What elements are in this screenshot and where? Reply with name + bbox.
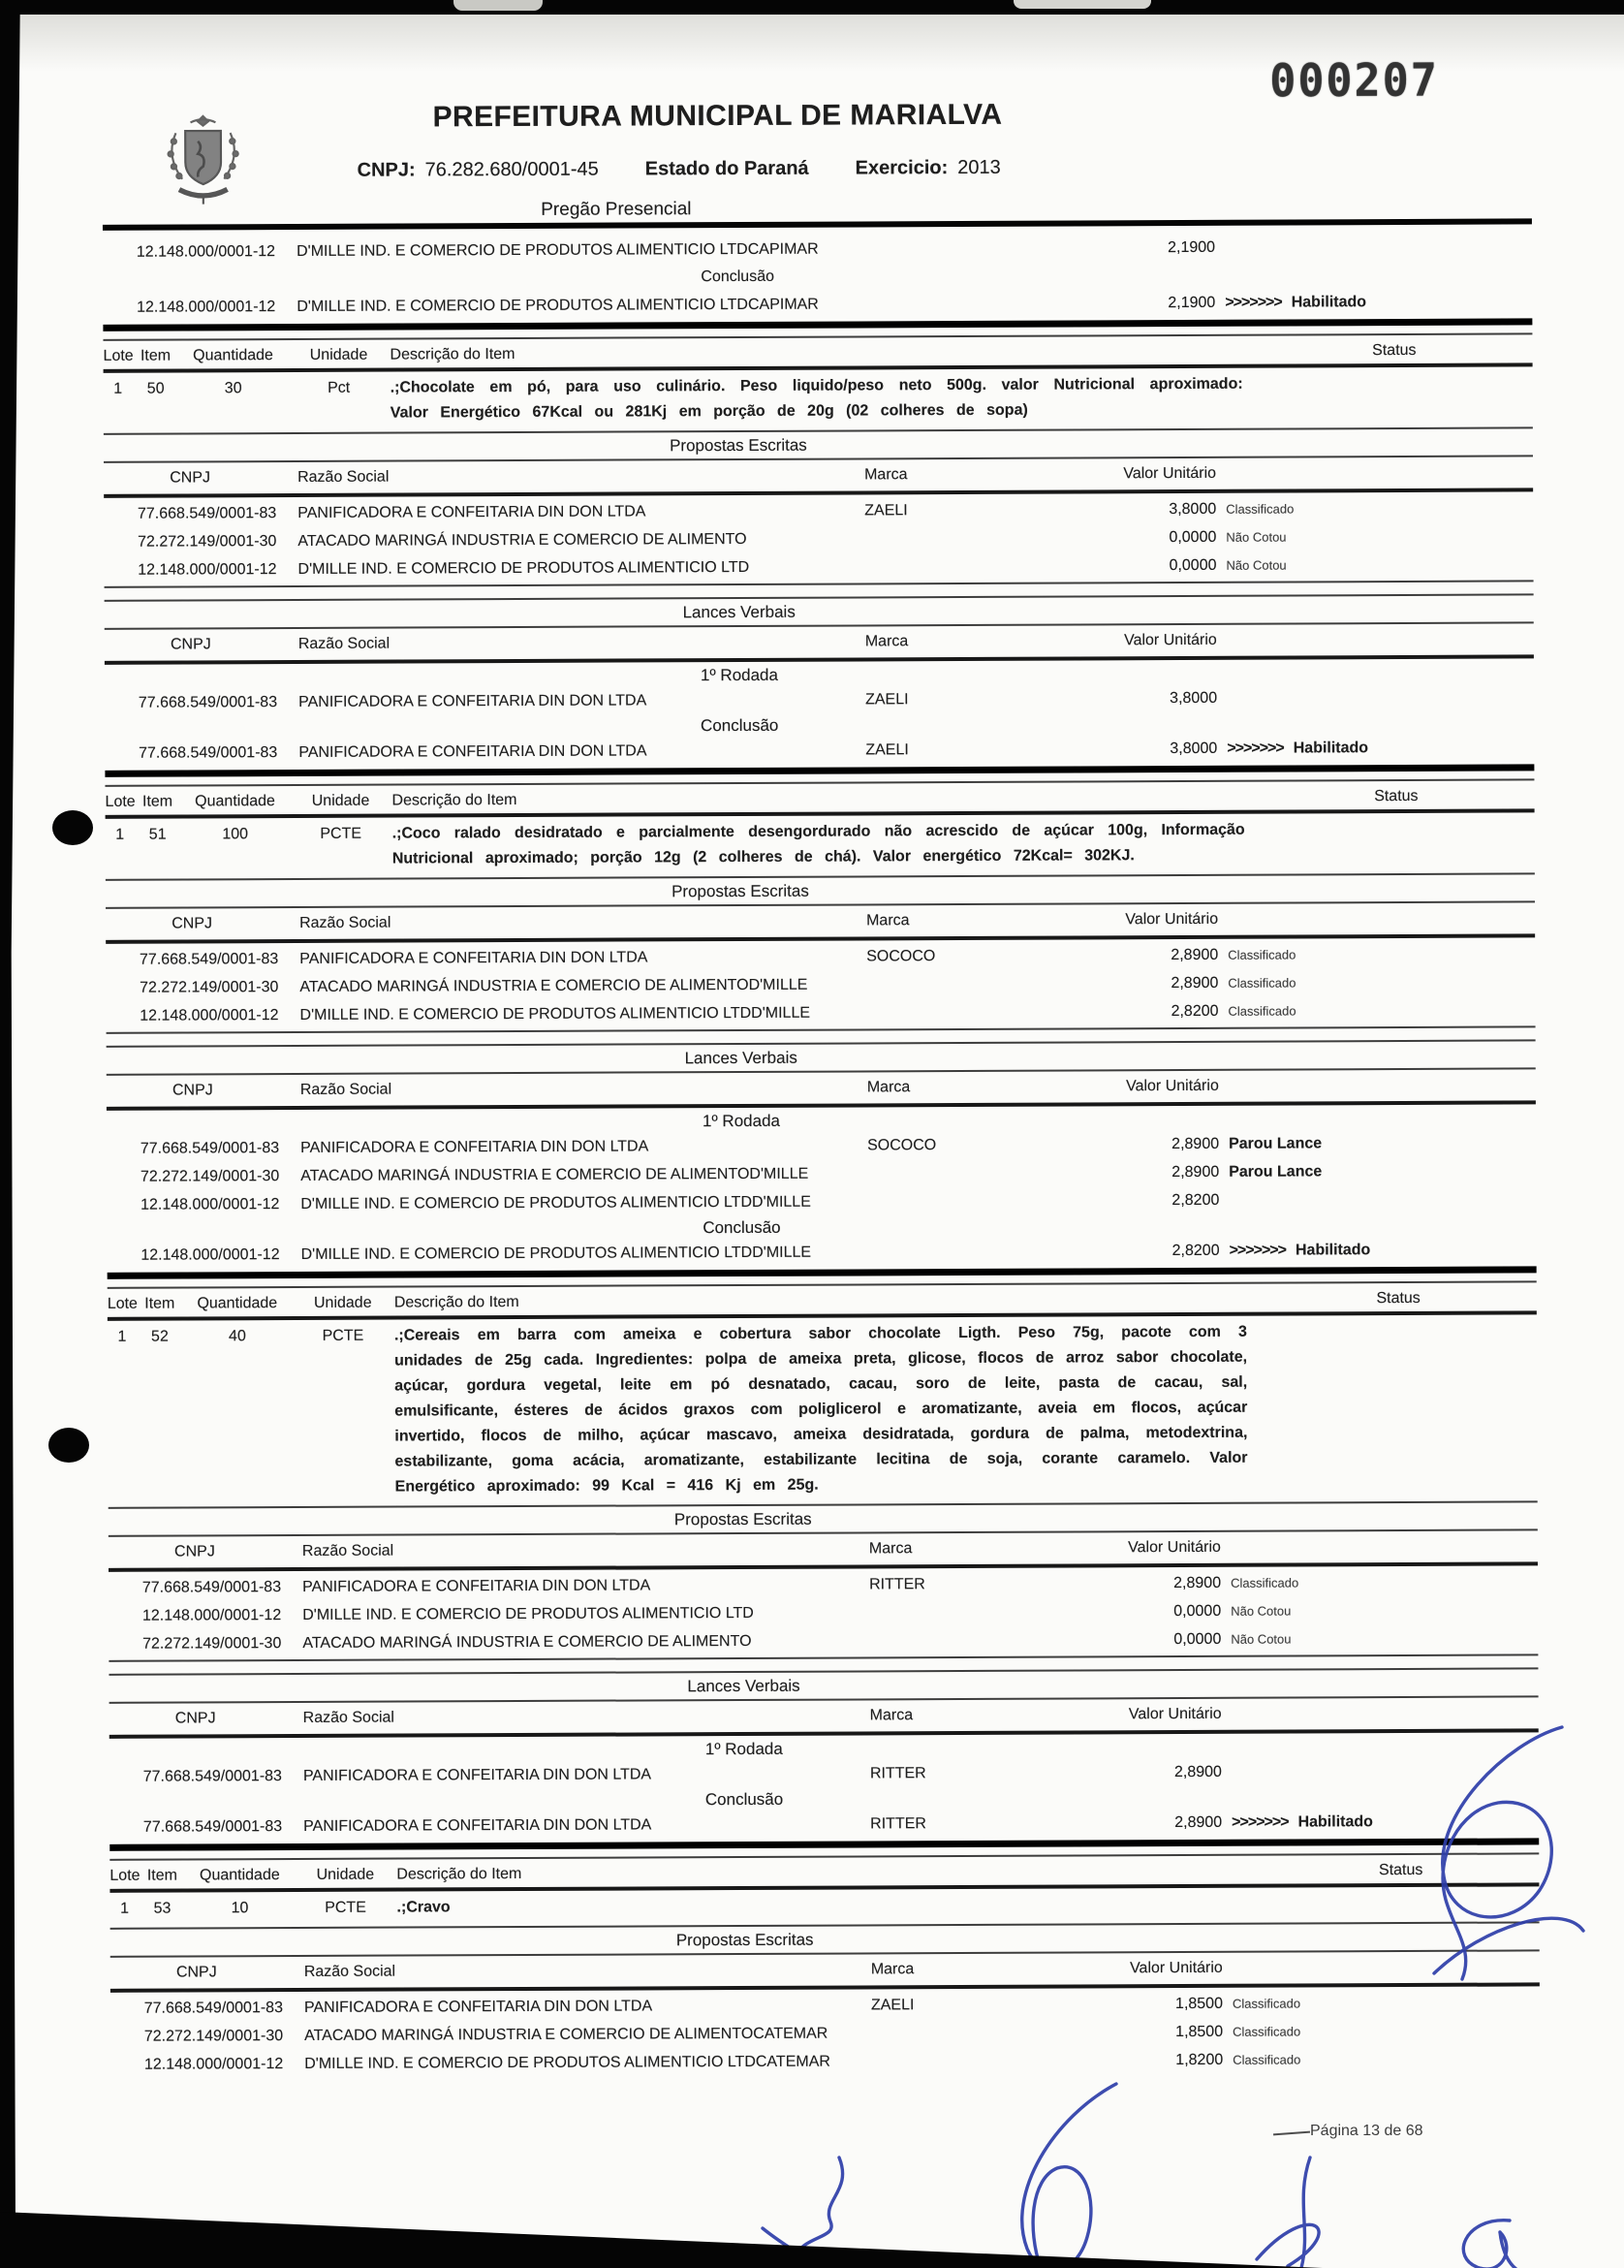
col-valor: Valor Unitário	[971, 1534, 1221, 1562]
bid-table-header: CNPJRazão SocialMarcaValor Unitário	[104, 458, 1533, 491]
marca-cell	[843, 1178, 969, 1179]
col-item: Item	[139, 1863, 185, 1889]
status-small: Não Cotou	[1231, 1604, 1291, 1619]
marca-cell: ZAELI	[841, 736, 967, 765]
marca-cell	[843, 1206, 969, 1207]
lote-cell: 1	[104, 377, 133, 402]
valor-cell: 2,1900	[965, 234, 1215, 263]
cnpj-cell: 77.668.549/0001-83	[109, 1812, 282, 1842]
col-item: Item	[132, 343, 178, 369]
cnpj-cell: 12.148.000/0001-12	[109, 1601, 281, 1630]
exercicio-label: Exercicio:	[856, 157, 949, 178]
page-title: PREFEITURA MUNICIPAL DE MARIALVA	[102, 97, 1332, 136]
status-cell: >>>>>>>Habilitado	[1222, 1807, 1539, 1836]
unidade-cell: PCTE	[292, 1324, 394, 1349]
status-arrows: >>>>>>>	[1225, 295, 1281, 311]
razao-social-cell: ATACADO MARINGÁ INDUSTRIA E COMERCIO DE …	[281, 1627, 845, 1658]
marca-cell: SOCOCO	[842, 942, 968, 971]
lances-block: Lances Verbais CNPJRazão SocialMarcaValo…	[109, 1667, 1539, 1841]
cnpj-cell: 77.668.549/0001-83	[107, 1134, 279, 1163]
razao-social-cell: ATACADO MARINGÁ INDUSTRIA E COMERCIO DE …	[279, 1160, 843, 1191]
cnpj-cell: 12.148.000/0001-12	[108, 1241, 280, 1270]
valor-cell: 2,8900	[969, 1130, 1219, 1159]
razao-social-cell: D'MILLE IND. E COMERCIO DE PRODUTOS ALIM…	[279, 1188, 843, 1219]
document-subtitle: Pregão Presencial	[103, 197, 1130, 223]
col-quantidade: Quantidade	[183, 1290, 292, 1316]
status-cell	[1215, 250, 1532, 251]
cnpj-cell: 77.668.549/0001-83	[110, 1994, 283, 2023]
cnpj-cell: 72.272.149/0001-30	[109, 1629, 281, 1658]
estado-label: Estado do Paraná	[645, 158, 809, 180]
lot-item-section: LoteItemQuantidadeUnidadeDescrição do It…	[103, 325, 1534, 776]
status-cell: Não Cotou	[1216, 521, 1533, 551]
lances-title: Lances Verbais	[107, 1044, 1376, 1072]
col-razao: Razão Social	[282, 1703, 846, 1733]
col-cnpj: CNPJ	[107, 1077, 279, 1105]
status-small: Classificado	[1226, 501, 1294, 516]
cnpj-cell: 72.272.149/0001-30	[106, 973, 278, 1002]
descricao-cell: .;Cereais em barra com ameixa e cobertur…	[394, 1320, 1248, 1500]
propostas-block: Propostas Escritas CNPJRazão SocialMarca…	[106, 876, 1536, 1033]
page-number: Página 13 de 68	[1310, 2123, 1423, 2140]
valor-cell: 1,8200	[973, 2046, 1223, 2075]
valor-cell: 2,8900	[969, 1158, 1219, 1187]
status-bold: Parou Lance	[1229, 1135, 1322, 1151]
razao-social-cell: PANIFICADORA E CONFEITARIA DIN DON LTDA	[276, 497, 840, 528]
col-descricao: Descrição do Item	[391, 784, 1244, 814]
marca-cell	[844, 1256, 970, 1257]
unidade-cell: PCTE	[294, 1896, 396, 1921]
cnpj-cell: 77.668.549/0001-83	[105, 688, 277, 717]
lot-item-section: LoteItemQuantidadeUnidadeDescrição do It…	[109, 1844, 1540, 2078]
hole-punch	[48, 1428, 89, 1463]
valor-cell: 2,8900	[971, 1569, 1221, 1598]
col-marca: Marca	[845, 1535, 971, 1563]
status-bold: Habilitado	[1296, 1242, 1370, 1258]
document-header: PREFEITURA MUNICIPAL DE MARIALVA 000207 …	[102, 11, 1532, 222]
valor-cell: 0,0000	[971, 1597, 1221, 1626]
status-small: Classificado	[1233, 2052, 1300, 2066]
table-row: 77.668.549/0001-83PANIFICADORA E CONFEIT…	[105, 733, 1534, 767]
status-cell: Classificado	[1218, 995, 1535, 1024]
col-descricao: Descrição do Item	[396, 1858, 1249, 1888]
marca-cell	[843, 1017, 969, 1018]
status-cell: Classificado	[1221, 1567, 1538, 1596]
bid-table-header: CNPJRazão SocialMarcaValor Unitário	[109, 1532, 1538, 1565]
status-arrows: >>>>>>>	[1230, 1243, 1286, 1259]
col-status: Status	[1244, 782, 1534, 809]
marca-cell	[840, 543, 966, 544]
col-valor: Valor Unitário	[967, 627, 1217, 655]
col-status: Status	[1247, 1284, 1537, 1311]
status-cell: Classificado	[1216, 493, 1533, 522]
razao-social-cell: PANIFICADORA E CONFEITARIA DIN DON LTDA	[279, 1132, 843, 1163]
valor-cell: 2,8200	[968, 997, 1218, 1026]
cnpj-cell: 12.148.000/0001-12	[103, 237, 275, 267]
cnpj-cell: 77.668.549/0001-83	[104, 499, 276, 528]
marca-cell: RITTER	[846, 1759, 972, 1788]
razao-social-cell: ATACADO MARINGÁ INDUSTRIA E COMERCIO DE …	[283, 2020, 847, 2051]
status-cell: >>>>>>>Habilitado	[1215, 287, 1532, 316]
cnpj-cell: 72.272.149/0001-30	[110, 2022, 283, 2051]
status-cell: Parou Lance	[1219, 1156, 1536, 1185]
bid-table-header: CNPJRazão SocialMarcaValor Unitário	[109, 1699, 1539, 1732]
valor-cell: 2,8200	[969, 1186, 1219, 1215]
status-small: Classificado	[1233, 1996, 1300, 2010]
col-razao: Razão Social	[279, 1075, 843, 1105]
bid-table-header: CNPJRazão SocialMarcaValor Unitário	[105, 625, 1534, 658]
col-status: Status	[1242, 336, 1532, 363]
status-cell: Não Cotou	[1221, 1595, 1538, 1624]
status-cell: Classificado	[1223, 2016, 1540, 2045]
valor-cell: 0,0000	[966, 523, 1216, 552]
cnpj-label: CNPJ:	[358, 159, 416, 180]
col-cnpj: CNPJ	[109, 1705, 282, 1733]
col-valor: Valor Unitário	[969, 1073, 1219, 1101]
status-cell: Classificado	[1218, 939, 1535, 968]
razao-social-cell: D'MILLE IND. E COMERCIO DE PRODUTOS ALIM…	[276, 553, 840, 584]
status-small: Classificado	[1231, 1575, 1298, 1590]
bid-table-header: CNPJRazão SocialMarcaValor Unitário	[110, 1953, 1540, 1986]
unidade-cell: Pct	[288, 376, 390, 401]
item-cell: 52	[137, 1325, 183, 1350]
col-marca: Marca	[842, 907, 968, 935]
cnpj-cell: 12.148.000/0001-12	[107, 1190, 279, 1219]
razao-social-cell: D'MILLE IND. E COMERCIO DE PRODUTOS ALIM…	[278, 999, 842, 1030]
marca-cell	[839, 308, 965, 309]
col-marca: Marca	[840, 461, 966, 489]
col-lote: Lote	[105, 789, 134, 815]
lot-item-section: LoteItemQuantidadeUnidadeDescrição do It…	[108, 1273, 1540, 1850]
col-razao: Razão Social	[281, 1536, 845, 1566]
status-cell: Classificado	[1223, 2044, 1540, 2073]
quantidade-cell: 10	[185, 1896, 294, 1921]
item-cell: 50	[133, 377, 179, 402]
valor-cell: 2,8900	[972, 1809, 1222, 1838]
marca-cell: ZAELI	[847, 1991, 973, 2020]
col-item: Item	[134, 789, 180, 815]
razao-social-cell: D'MILLE IND. E COMERCIO DE PRODUTOS ALIM…	[280, 1239, 844, 1270]
status-small: Classificado	[1228, 947, 1296, 961]
status-bold: Habilitado	[1292, 294, 1366, 310]
lances-title: Lances Verbais	[105, 598, 1374, 626]
status-cell	[1222, 1775, 1539, 1776]
item-row: 15030Pct.;Chocolate em pó, para uso culi…	[104, 366, 1533, 432]
col-cnpj: CNPJ	[105, 631, 277, 659]
marca-cell	[842, 989, 968, 990]
propostas-title: Propostas Escritas	[109, 1505, 1378, 1533]
valor-cell: 3,8000	[967, 684, 1217, 713]
cnpj-cell: 77.668.549/0001-83	[105, 739, 277, 768]
valor-cell: 0,0000	[966, 551, 1216, 581]
lances-block: Lances Verbais CNPJRazão SocialMarcaValo…	[107, 1039, 1537, 1269]
razao-social-cell: PANIFICADORA E CONFEITARIA DIN DON LTDA	[281, 1571, 845, 1602]
col-lote: Lote	[108, 1291, 137, 1317]
razao-social-cell: ATACADO MARINGÁ INDUSTRIA E COMERCIO DE …	[278, 971, 842, 1002]
cnpj-cell: 72.272.149/0001-30	[107, 1162, 279, 1191]
marca-cell	[845, 1617, 971, 1618]
scan-edge-top	[0, 0, 1624, 15]
razao-social-cell: PANIFICADORA E CONFEITARIA DIN DON LTDA	[283, 1992, 847, 2023]
propostas-title: Propostas Escritas	[104, 431, 1373, 459]
razao-social-cell: PANIFICADORA E CONFEITARIA DIN DON LTDA	[282, 1811, 846, 1842]
col-descricao: Descrição do Item	[390, 338, 1242, 368]
col-unidade: Unidade	[289, 788, 391, 814]
status-cell: Classificado	[1223, 1988, 1540, 2017]
exercicio-value: 2013	[957, 157, 1001, 178]
table-row: 12.148.000/0001-12D'MILLE IND. E COMERCI…	[104, 550, 1533, 583]
unidade-cell: PCTE	[290, 822, 392, 847]
col-valor: Valor Unitário	[972, 1701, 1222, 1729]
header-info-line: CNPJ:76.282.680/0001-45Estado do ParanáE…	[103, 156, 1256, 183]
table-row: 12.148.000/0001-12D'MILLE IND. E COMERCI…	[108, 1235, 1537, 1269]
razao-social-cell: D'MILLE IND. E COMERCIO DE PRODUTOS ALIM…	[275, 236, 839, 267]
marca-cell	[839, 253, 965, 254]
col-status: Status	[1249, 1856, 1539, 1883]
descricao-cell: .;Cravo	[396, 1892, 1249, 1921]
item-cell: 53	[139, 1897, 185, 1922]
marca-cell: SOCOCO	[843, 1131, 969, 1160]
valor-cell: 1,8500	[973, 2018, 1223, 2047]
quantidade-cell: 40	[183, 1324, 292, 1349]
col-unidade: Unidade	[292, 1290, 394, 1316]
razao-social-cell: PANIFICADORA E CONFEITARIA DIN DON LTDA	[278, 943, 842, 974]
status-arrows: >>>>>>>	[1232, 1814, 1288, 1831]
col-descricao: Descrição do Item	[394, 1286, 1247, 1316]
marca-cell	[845, 1645, 971, 1646]
lote-cell: 1	[106, 823, 135, 848]
razao-social-cell: ATACADO MARINGÁ INDUSTRIA E COMERCIO DE …	[276, 525, 840, 556]
razao-social-cell: D'MILLE IND. E COMERCIO DE PRODUTOS ALIM…	[283, 2048, 847, 2079]
status-bold: Habilitado	[1298, 1813, 1373, 1830]
valor-cell: 2,8900	[968, 969, 1218, 998]
propostas-title: Propostas Escritas	[110, 1926, 1380, 1954]
cnpj-cell: 12.148.000/0001-12	[110, 2050, 283, 2079]
propostas-block: Propostas Escritas CNPJRazão SocialMarca…	[109, 1504, 1539, 1661]
valor-cell: 2,8200	[970, 1237, 1220, 1266]
razao-social-cell: PANIFICADORA E CONFEITARIA DIN DON LTDA	[282, 1760, 846, 1791]
cnpj-cell: 12.148.000/0001-12	[106, 1001, 278, 1030]
col-valor: Valor Unitário	[968, 906, 1218, 934]
table-row: 77.668.549/0001-83PANIFICADORA E CONFEIT…	[109, 1807, 1539, 1841]
col-cnpj: CNPJ	[104, 464, 276, 492]
status-small: Classificado	[1233, 2024, 1300, 2038]
marca-cell	[841, 571, 967, 572]
col-quantidade: Quantidade	[178, 342, 287, 368]
status-cell: Classificado	[1218, 967, 1535, 996]
col-marca: Marca	[841, 628, 967, 656]
col-quantidade: Quantidade	[185, 1862, 294, 1888]
cnpj-cell: 12.148.000/0001-12	[104, 555, 276, 584]
lances-block: Lances Verbais CNPJRazão SocialMarcaValo…	[105, 593, 1535, 767]
status-small: Classificado	[1228, 975, 1296, 990]
status-bold: Habilitado	[1294, 740, 1368, 756]
col-marca: Marca	[843, 1074, 969, 1102]
descricao-cell: .;Chocolate em pó, para uso culinário. P…	[390, 372, 1243, 426]
marca-cell	[847, 2037, 973, 2038]
item-cell: 51	[135, 823, 181, 848]
col-item: Item	[137, 1291, 183, 1317]
col-lote: Lote	[109, 1863, 139, 1889]
razao-social-cell: D'MILLE IND. E COMERCIO DE PRODUTOS ALIM…	[281, 1599, 845, 1630]
cnpj-cell: 12.148.000/0001-12	[103, 293, 275, 322]
quantidade-cell: 100	[181, 822, 290, 847]
bid-table-header: CNPJRazão SocialMarcaValor Unitário	[107, 1071, 1536, 1104]
cnpj-cell: 72.272.149/0001-30	[104, 527, 276, 556]
table-row: 12.148.000/0001-12D'MILLE IND. E COMERCI…	[106, 995, 1535, 1029]
col-razao: Razão Social	[276, 462, 840, 492]
status-cell: Não Cotou	[1221, 1623, 1538, 1653]
stamp-number: 000207	[1269, 53, 1439, 108]
status-arrows: >>>>>>>	[1227, 740, 1283, 757]
item-row: 151100PCTE.;Coco ralado desidratado e pa…	[106, 812, 1535, 878]
status-small: Não Cotou	[1226, 558, 1286, 573]
col-unidade: Unidade	[294, 1862, 396, 1888]
table-row: 72.272.149/0001-30ATACADO MARINGÁ INDUST…	[109, 1623, 1538, 1657]
marca-cell: ZAELI	[840, 496, 966, 525]
cnpj-cell: 77.668.549/0001-83	[106, 945, 278, 974]
marca-cell	[847, 2065, 973, 2066]
valor-cell: 2,1900	[965, 289, 1215, 318]
cnpj-cell: 77.668.549/0001-83	[109, 1762, 282, 1791]
col-unidade: Unidade	[287, 342, 390, 368]
status-cell: >>>>>>>Habilitado	[1217, 733, 1534, 762]
col-razao: Razão Social	[278, 908, 842, 938]
status-cell: >>>>>>>Habilitado	[1220, 1235, 1537, 1264]
razao-social-cell: PANIFICADORA E CONFEITARIA DIN DON LTDA	[277, 686, 841, 717]
status-cell: Não Cotou	[1216, 550, 1533, 579]
status-cell	[1217, 701, 1534, 702]
valor-cell: 0,0000	[971, 1625, 1221, 1654]
propostas-title: Propostas Escritas	[106, 877, 1375, 905]
descricao-cell: .;Coco ralado desidratado e parcialmente…	[392, 818, 1245, 872]
status-small: Não Cotou	[1231, 1632, 1291, 1647]
cnpj-cell: 77.668.549/0001-83	[109, 1573, 281, 1602]
col-quantidade: Quantidade	[180, 788, 289, 814]
col-razao: Razão Social	[277, 629, 841, 659]
status-bold: Parou Lance	[1229, 1163, 1322, 1180]
status-cell: Parou Lance	[1219, 1128, 1536, 1157]
valor-cell: 3,8000	[966, 495, 1216, 524]
lances-title: Lances Verbais	[109, 1672, 1378, 1700]
col-cnpj: CNPJ	[106, 910, 278, 938]
col-marca: Marca	[847, 1956, 973, 1984]
col-valor: Valor Unitário	[966, 460, 1216, 488]
table-row: 12.148.000/0001-12D'MILLE IND. E COMERCI…	[103, 287, 1532, 321]
item-row: 15240PCTE.;Cereais em barra com ameixa e…	[108, 1314, 1538, 1506]
razao-social-cell: D'MILLE IND. E COMERCIO DE PRODUTOS ALIM…	[275, 291, 839, 322]
hole-punch	[52, 810, 93, 845]
col-lote: Lote	[103, 343, 132, 369]
marca-cell: ZAELI	[841, 685, 967, 714]
cnpj-value: 76.282.680/0001-45	[425, 159, 599, 181]
valor-cell: 2,8900	[972, 1758, 1222, 1787]
col-marca: Marca	[846, 1702, 972, 1730]
valor-cell: 2,8900	[968, 941, 1218, 970]
lot-item-section: LoteItemQuantidadeUnidadeDescrição do It…	[105, 771, 1536, 1278]
marca-cell: RITTER	[846, 1810, 972, 1839]
lote-cell: 1	[109, 1897, 139, 1922]
status-small: Classificado	[1228, 1003, 1296, 1018]
status-small: Não Cotou	[1226, 530, 1286, 545]
propostas-block: Propostas Escritas CNPJRazão SocialMarca…	[104, 430, 1534, 587]
valor-cell: 3,8000	[967, 735, 1217, 764]
scanned-document-page: PREFEITURA MUNICIPAL DE MARIALVA 000207 …	[0, 0, 1624, 2268]
propostas-block: Propostas Escritas CNPJRazão SocialMarca…	[110, 1925, 1541, 2078]
marca-cell: RITTER	[845, 1570, 971, 1599]
col-cnpj: CNPJ	[110, 1959, 283, 1987]
status-cell	[1219, 1203, 1536, 1204]
col-razao: Razão Social	[283, 1957, 847, 1987]
lote-cell: 1	[108, 1325, 137, 1350]
valor-cell: 1,8500	[973, 1990, 1223, 2019]
col-valor: Valor Unitário	[973, 1955, 1223, 1983]
bid-table-header: CNPJRazão SocialMarcaValor Unitário	[106, 904, 1535, 937]
razao-social-cell: PANIFICADORA E CONFEITARIA DIN DON LTDA	[277, 737, 841, 768]
document-content: PREFEITURA MUNICIPAL DE MARIALVA 000207 …	[102, 11, 1540, 2078]
quantidade-cell: 30	[179, 376, 288, 401]
col-cnpj: CNPJ	[109, 1538, 281, 1566]
